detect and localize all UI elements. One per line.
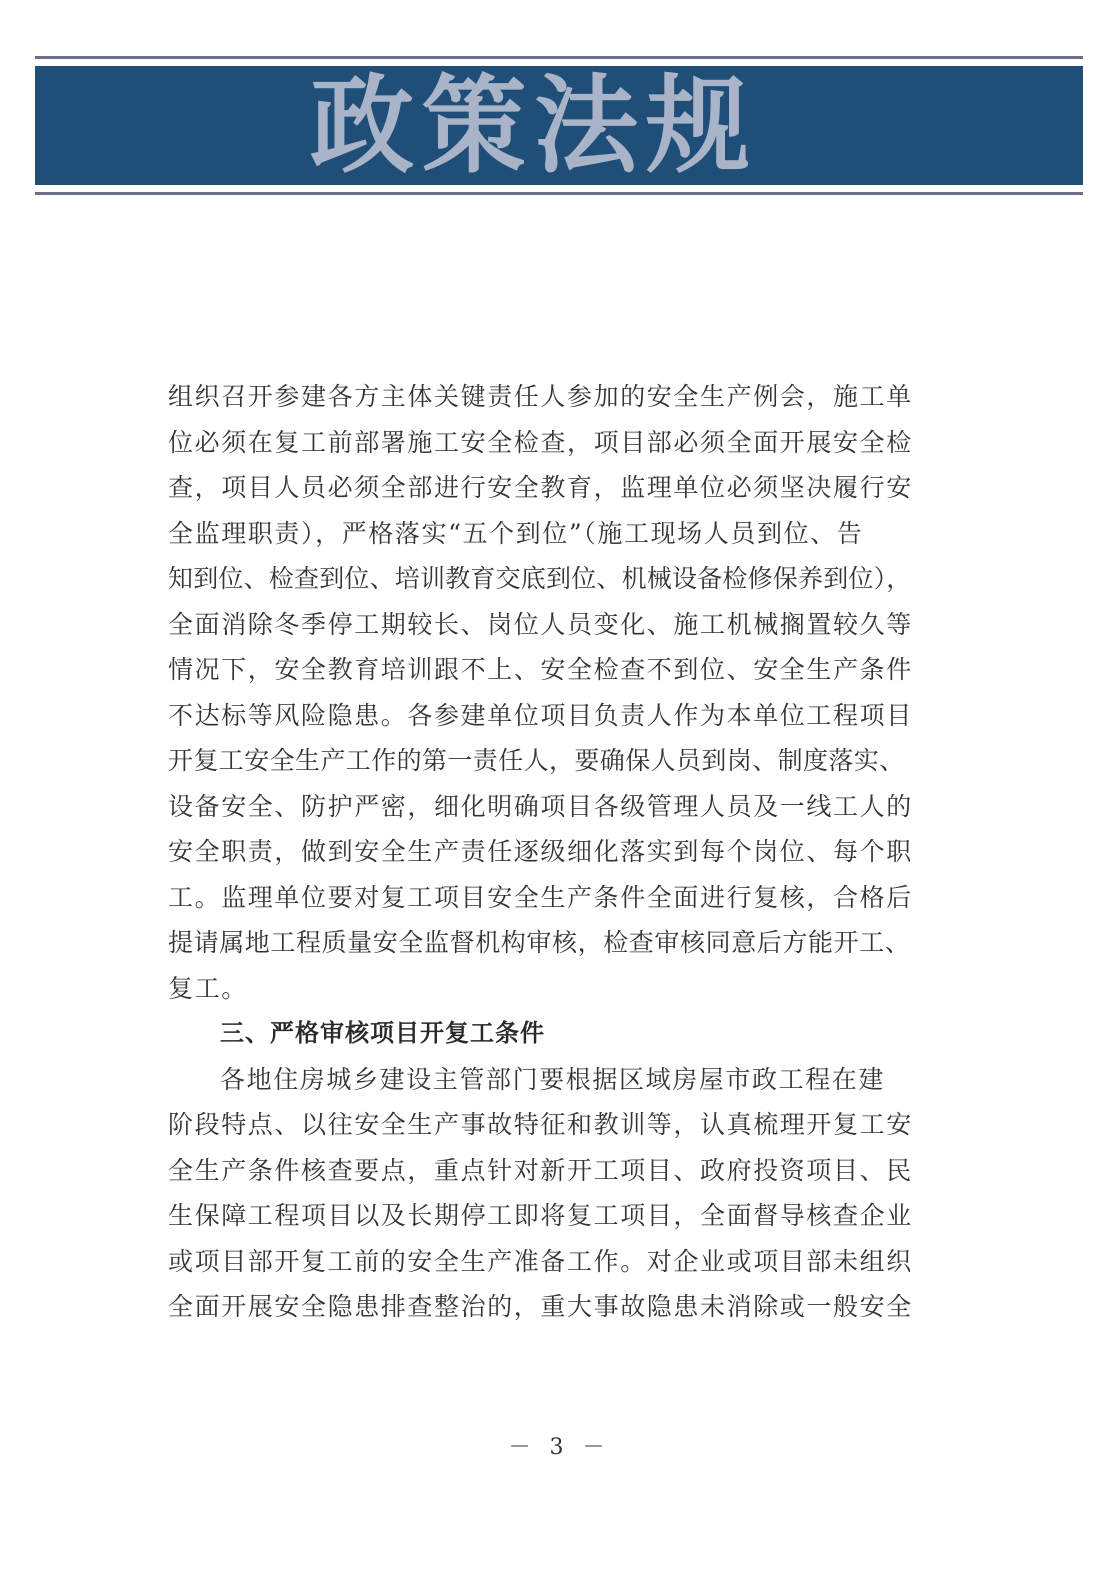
body-line: 工。监理单位要对复工项目安全生产条件全面进行复核，合格后 — [168, 875, 968, 921]
body-line: 提请属地工程质量安全监督机构审核，检查审核同意后方能开工、 — [168, 920, 968, 966]
section-line: 阶段特点、以往安全生产事故特征和教训等，认真梳理开复工安 — [168, 1102, 968, 1148]
section-line: 各地住房城乡建设主管部门要根据区域房屋市政工程在建 — [168, 1057, 968, 1103]
body-line: 复工。 — [168, 966, 968, 1012]
section-heading: 三、严格审核项目开复工条件 — [168, 1011, 968, 1057]
section-line: 全生产条件核查要点，重点针对新开工项目、政府投资项目、民 — [168, 1148, 968, 1194]
section-line: 全面开展安全隐患排查整治的，重大事故隐患未消除或一般安全 — [168, 1284, 968, 1330]
header-banner: 政策法规 — [35, 66, 1083, 185]
body-line: 全面消除冬季停工期较长、岗位人员变化、施工机械搁置较久等 — [168, 602, 968, 648]
body-line: 知到位、检查到位、培训教育交底到位、机械设备检修保养到位）， — [168, 556, 968, 602]
body-line: 查，项目人员必须全部进行安全教育，监理单位必须坚决履行安 — [168, 465, 968, 511]
page-number: － 3 － — [0, 1430, 1119, 1461]
body-line: 组织召开参建各方主体关键责任人参加的安全生产例会，施工单 — [168, 374, 968, 420]
body-line: 安全职责，做到安全生产责任逐级细化落实到每个岗位、每个职 — [168, 829, 968, 875]
section-line: 或项目部开复工前的安全生产准备工作。对企业或项目部未组织 — [168, 1239, 968, 1285]
body-line: 设备安全、防护严密，细化明确项目各级管理人员及一线工人的 — [168, 784, 968, 830]
body-line: 情况下，安全教育培训跟不上、安全检查不到位、安全生产条件 — [168, 647, 968, 693]
body-line: 位必须在复工前部署施工安全检查，项目部必须全面开展安全检 — [168, 420, 968, 466]
document-body: 组织召开参建各方主体关键责任人参加的安全生产例会，施工单 位必须在复工前部署施工… — [168, 374, 968, 1330]
banner-bottom-rule — [35, 192, 1083, 195]
section-line: 生保障工程项目以及长期停工即将复工项目，全面督导核查企业 — [168, 1193, 968, 1239]
banner-title: 政策法规 — [310, 72, 758, 178]
body-line: 不达标等风险隐患。各参建单位项目负责人作为本单位工程项目 — [168, 693, 968, 739]
banner-top-rule — [35, 56, 1083, 59]
body-line: 开复工安全生产工作的第一责任人，要确保人员到岗、制度落实、 — [168, 738, 968, 784]
body-line: 全监理职责），严格落实“五个到位”（施工现场人员到位、告 — [168, 511, 968, 557]
